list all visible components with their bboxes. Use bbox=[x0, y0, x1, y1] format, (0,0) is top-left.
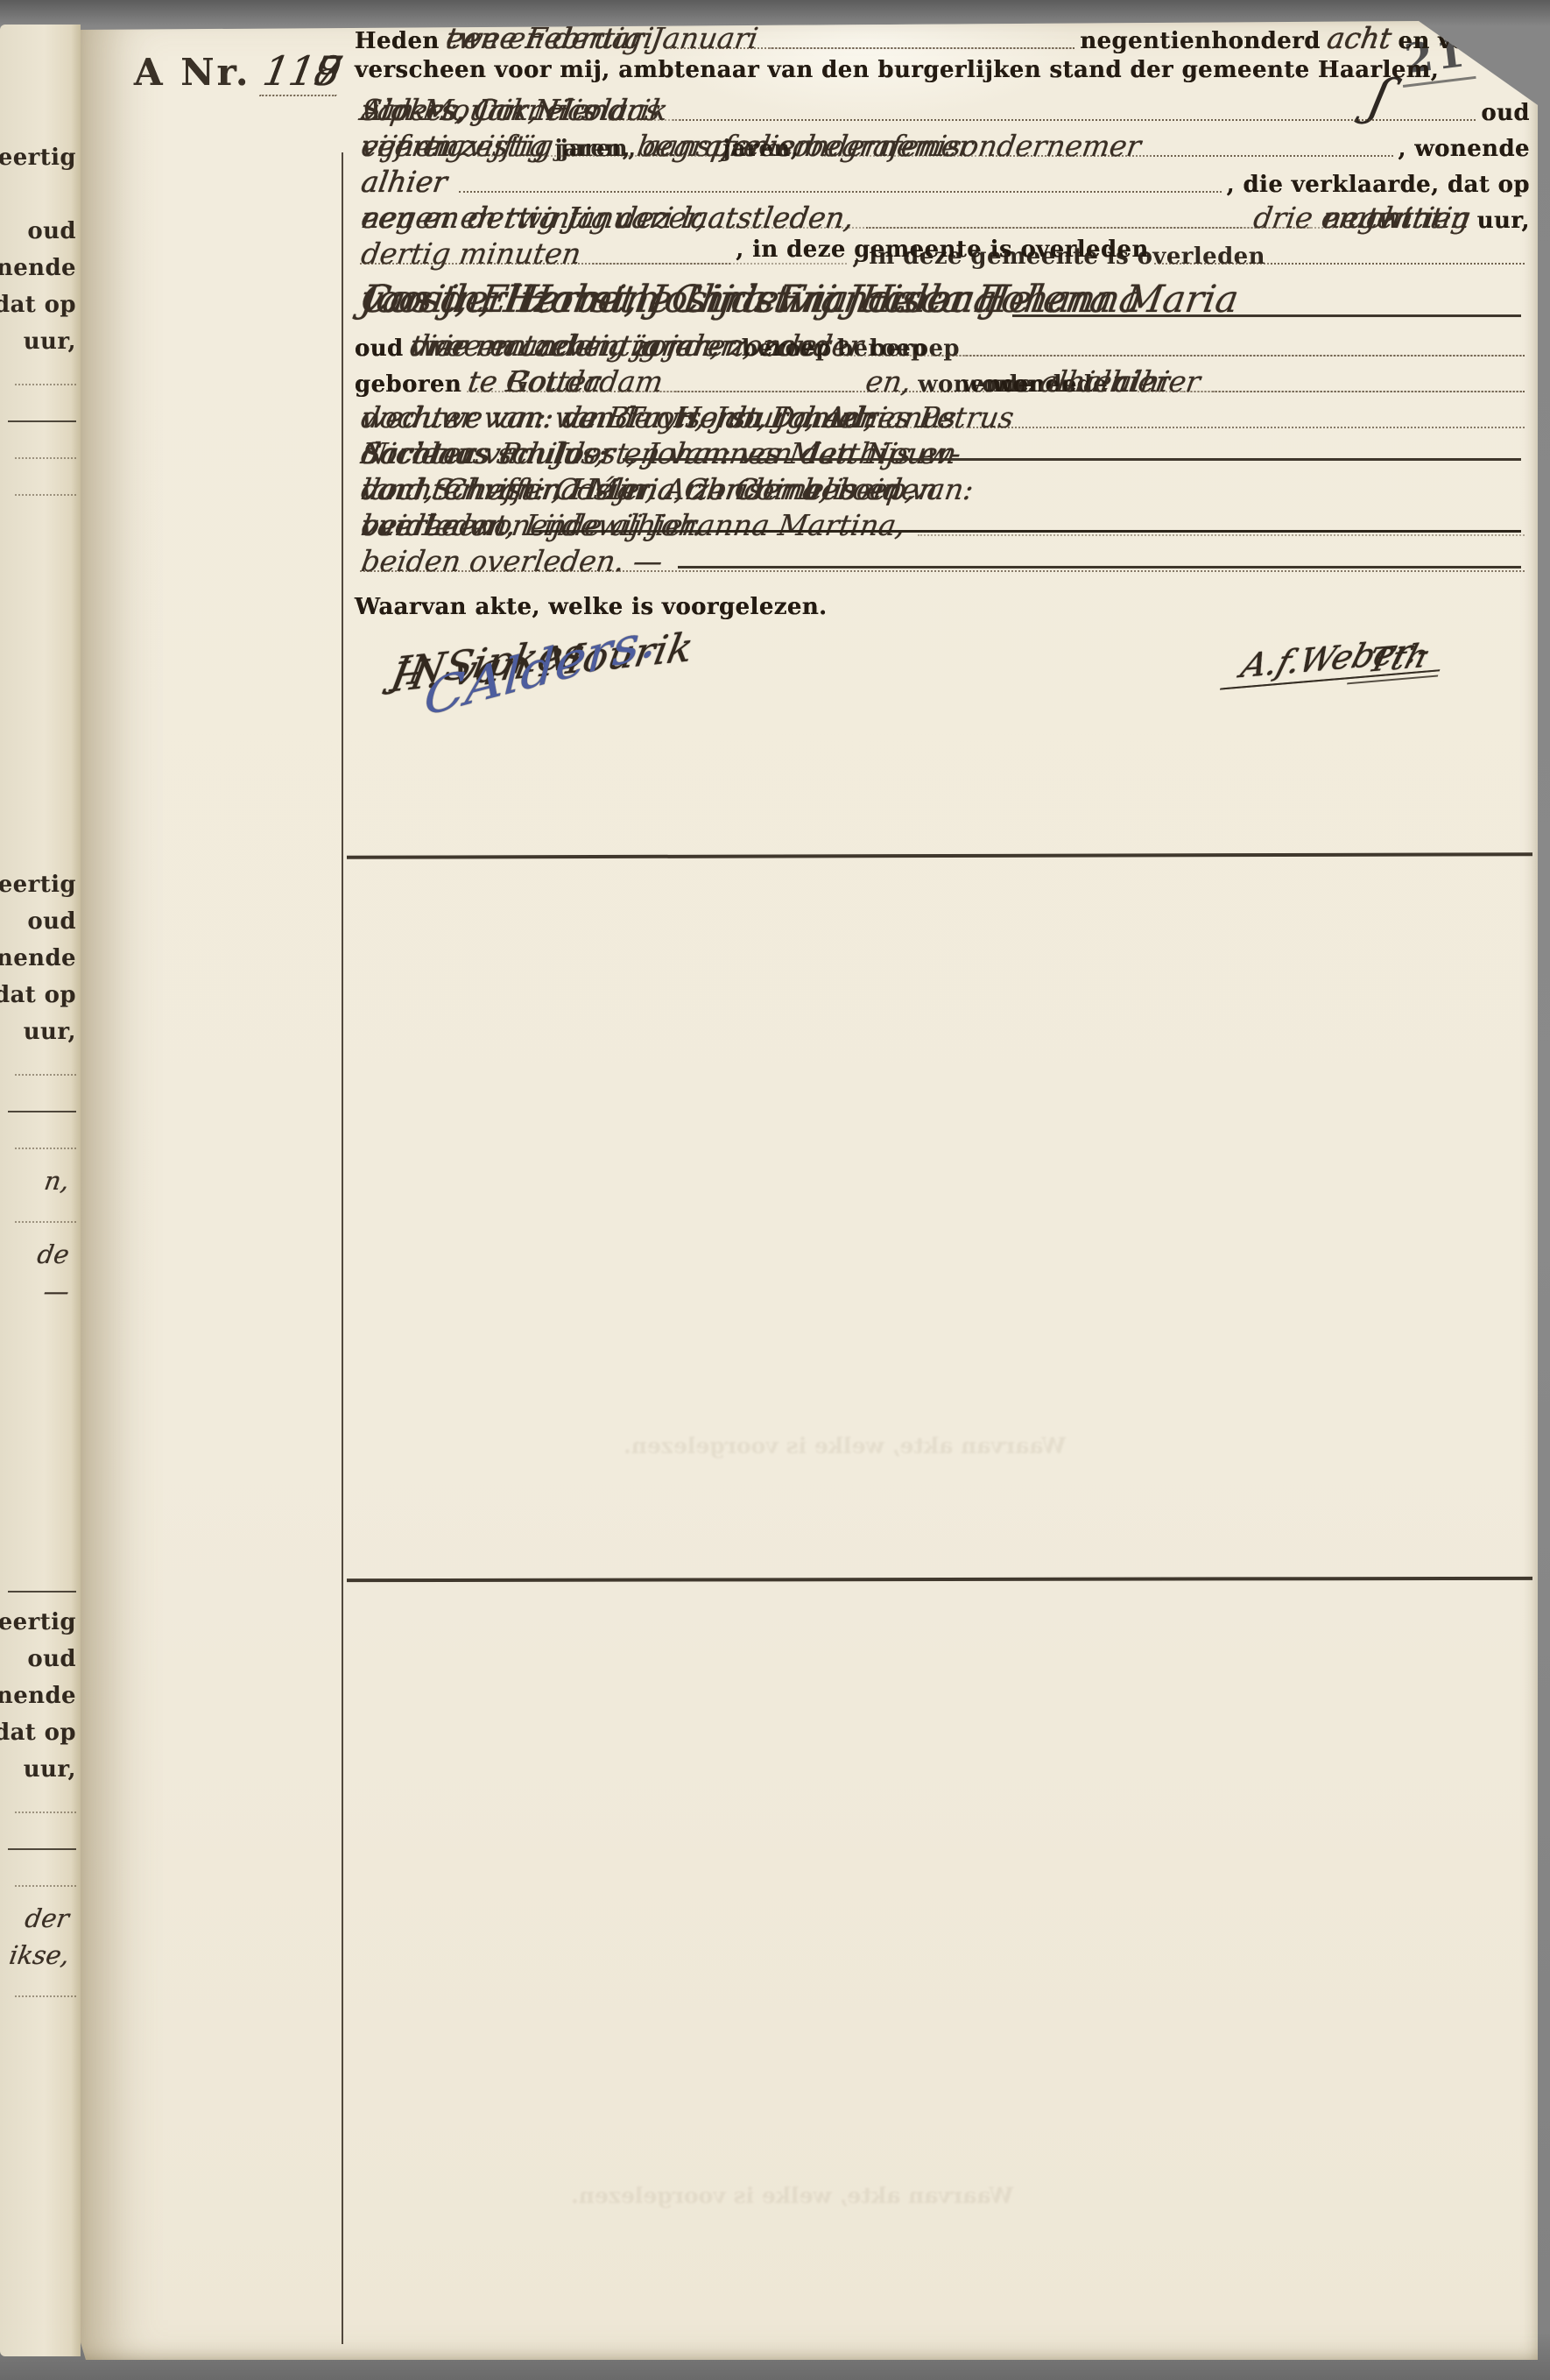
printed-form-text: , in deze gemeente is overleden bbox=[736, 237, 1149, 263]
dotted-leader bbox=[1153, 154, 1393, 157]
form-line: Hedentwee Februarinegentienhonderdachten… bbox=[355, 21, 1530, 57]
signature-row: CAlders.A.f.Weber.- bbox=[355, 630, 1530, 737]
dotted-leader bbox=[15, 456, 76, 459]
previous-page-line bbox=[0, 1056, 81, 1092]
ruled-line bbox=[8, 1590, 76, 1593]
previous-page-line bbox=[0, 1572, 81, 1609]
previous-page-fragment-block: veertigoudonendedat opuur,n,de— bbox=[0, 872, 81, 1313]
previous-page-line: uur, bbox=[0, 1019, 81, 1056]
handwritten-text: zonder bbox=[624, 328, 744, 363]
closing-formula: Waarvan akte, welke is voorgelezen. bbox=[355, 594, 1530, 630]
handwritten-text: een en dertig Januari laatstleden, bbox=[352, 201, 863, 235]
printed-form-text: , die verklaarde, dat op bbox=[1227, 172, 1530, 198]
printed-form-text: uur, bbox=[24, 1756, 76, 1783]
printed-form-text: oud bbox=[27, 1646, 76, 1672]
previous-page-line bbox=[0, 439, 81, 476]
previous-page-line: ikse, bbox=[0, 1940, 81, 1977]
registrar-signature: A.f.Weber.- bbox=[1219, 629, 1451, 689]
previous-page-line: uur, bbox=[0, 1756, 81, 1793]
printed-form-text: onende bbox=[0, 945, 76, 971]
printed-form-text: beroep bbox=[742, 335, 832, 362]
printed-form-text: Heden bbox=[355, 28, 440, 54]
previous-page-line bbox=[0, 181, 81, 218]
form-line: verscheen voor mij, ambtenaar van den bu… bbox=[355, 57, 1530, 93]
previous-page-fragment-block: eertigoudonendedat opuur, bbox=[0, 145, 81, 512]
previous-page-line: de bbox=[0, 1239, 81, 1276]
handwritten-text: der bbox=[17, 1903, 79, 1933]
handwritten-text: ikse, bbox=[0, 1940, 79, 1970]
handwritten-text: Nicolaas schilder en van: van den Nouw- bbox=[352, 436, 970, 470]
dotted-leader bbox=[360, 569, 1525, 572]
handwritten-text: — bbox=[34, 1276, 78, 1306]
dotted-leader bbox=[15, 493, 76, 496]
printed-form-text: wonende bbox=[918, 371, 1033, 398]
dotted-leader bbox=[15, 1995, 76, 1997]
dotted-leader bbox=[15, 1811, 76, 1813]
previous-page-line: oud bbox=[0, 218, 81, 255]
printed-form-text: uur, bbox=[1477, 208, 1530, 234]
printed-form-text: , wonende bbox=[1399, 136, 1531, 162]
ruled-line bbox=[8, 1110, 76, 1112]
stamp-side-text: gemeente bbox=[1516, 30, 1530, 77]
printed-form-text: negentienhonderd bbox=[1080, 28, 1321, 54]
previous-page-line: onende bbox=[0, 255, 81, 292]
form-line: geborenen,wonendealhier bbox=[355, 364, 1530, 400]
previous-page-line bbox=[0, 365, 81, 402]
form-line: oudvier maanden,zonderberoep bbox=[355, 328, 1530, 364]
act-number-value: 119 bbox=[259, 47, 345, 96]
handwritten-text: n, bbox=[35, 1166, 78, 1196]
previous-page-line: onende bbox=[0, 1683, 81, 1720]
form-line: veertigjaren,begrafenisondernemer, wonen… bbox=[355, 129, 1530, 165]
previous-page-line bbox=[0, 1867, 81, 1903]
ruled-line bbox=[8, 1847, 76, 1850]
form-line: land, Christina Maria, zonder beroep, bbox=[355, 472, 1530, 508]
previous-page-edge: eertigoudonendedat opuur, veertigoudonen… bbox=[0, 25, 81, 2356]
previous-page-line: veertig bbox=[0, 1609, 81, 1646]
previous-page-line: eertig bbox=[0, 145, 81, 181]
printed-form-text: oud bbox=[27, 908, 76, 935]
dotted-leader bbox=[666, 46, 1075, 49]
handwritten-text: twee Februari bbox=[437, 21, 663, 55]
printed-form-text: verscheen voor mij, ambtenaar van den bu… bbox=[355, 57, 1439, 83]
ink-ghost: Waarvan akte, welke is voorgelezen. bbox=[624, 1433, 1066, 1458]
printed-form-text: oud bbox=[355, 335, 404, 362]
printed-form-text: onende bbox=[0, 255, 76, 281]
form-line: van der Horst, Josina Francisca Helena M… bbox=[355, 278, 1530, 328]
entry-divider bbox=[347, 1577, 1532, 1582]
previous-page-line: uur, bbox=[0, 328, 81, 365]
printed-form-text: onende bbox=[0, 1683, 76, 1709]
act-number: A Nr.119 bbox=[134, 47, 349, 96]
previous-page-line: oud bbox=[0, 1646, 81, 1683]
handwritten-text: alhier bbox=[352, 165, 457, 199]
dotted-leader bbox=[467, 390, 854, 392]
previous-page-line: n, bbox=[0, 1166, 81, 1203]
previous-page-line bbox=[0, 1129, 81, 1166]
printed-form-text: dat op bbox=[0, 982, 76, 1008]
handwritten-text: beiden wonende alhier. bbox=[352, 508, 712, 542]
previous-page-line: — bbox=[0, 1276, 81, 1313]
ink-ghost: Waarvan akte, welke is voorgelezen. bbox=[571, 2183, 1013, 2208]
form-line: beiden wonende alhier. bbox=[355, 508, 1530, 544]
dotted-leader bbox=[477, 154, 717, 157]
handwritten-text: Alders, Cornelis bbox=[352, 93, 607, 127]
previous-page-fragment-block: veertigoudonendedat opuur,derikse, bbox=[0, 1572, 81, 2014]
dotted-leader bbox=[15, 1073, 76, 1076]
handwritten-text: vier maanden, bbox=[401, 328, 630, 363]
form-line: Alders, Cornelisoud bbox=[355, 93, 1530, 129]
previous-page-line bbox=[0, 1203, 81, 1239]
printed-form-text: dat op bbox=[0, 292, 76, 318]
handwritten-text: negentien bbox=[1314, 201, 1479, 235]
handwritten-text: van der Horst, Josina Francisca Helena M… bbox=[351, 278, 1249, 321]
dotted-leader bbox=[866, 226, 1312, 229]
death-record-entry-119: A Nr.119Hedentwee Februarinegentienhonde… bbox=[355, 21, 1530, 737]
act-number-label: A Nr. bbox=[134, 51, 251, 94]
printed-form-text: dat op bbox=[0, 1720, 76, 1746]
handwritten-text: begrafenisondernemer bbox=[796, 129, 1151, 163]
handwritten-text: alhier bbox=[1031, 364, 1136, 399]
handwritten-text: acht bbox=[1318, 21, 1401, 55]
previous-page-line bbox=[0, 1830, 81, 1867]
printed-form-text: veertig bbox=[0, 872, 76, 898]
dotted-leader bbox=[1138, 390, 1525, 392]
dotted-leader bbox=[15, 1220, 76, 1223]
entry-divider bbox=[347, 852, 1532, 859]
previous-page-line bbox=[0, 1793, 81, 1830]
previous-page-line: oud bbox=[0, 908, 81, 945]
handwritten-text: dochter van: van der Horst, Johannes Pet… bbox=[352, 400, 1024, 434]
previous-page-line bbox=[0, 1977, 81, 2014]
previous-page-line: veertig bbox=[0, 872, 81, 908]
dotted-leader bbox=[15, 1147, 76, 1149]
form-line: alhier, die verklaarde, dat op bbox=[355, 165, 1530, 201]
form-line: Nicolaas schilder en van: van den Nouw- bbox=[355, 436, 1530, 472]
previous-page-line: onende bbox=[0, 945, 81, 982]
previous-page-line bbox=[0, 402, 81, 439]
dotted-leader bbox=[360, 262, 730, 265]
ruled-line bbox=[8, 420, 76, 422]
handwritten-text: de bbox=[29, 1239, 79, 1269]
strike-line bbox=[718, 530, 1521, 533]
dotted-leader bbox=[15, 383, 76, 385]
printed-form-text: en veertig bbox=[1399, 28, 1530, 54]
dotted-leader bbox=[459, 190, 1221, 193]
printed-form-text: Waarvan akte, welke is voorgelezen. bbox=[355, 594, 828, 620]
form-line: , in deze gemeente is overleden bbox=[355, 237, 1530, 272]
printed-form-text: eertig bbox=[0, 145, 76, 171]
previous-page-line: dat op bbox=[0, 982, 81, 1019]
form-left-rule bbox=[342, 152, 343, 2344]
form-line: dochter van: van der Horst, Johannes Pet… bbox=[355, 400, 1530, 436]
previous-page-line bbox=[0, 476, 81, 512]
previous-page-line: dat op bbox=[0, 292, 81, 328]
printed-form-text: oud bbox=[27, 218, 76, 244]
register-page: 21 gemeente ʃ Waarvan akte, welke is voo… bbox=[81, 21, 1538, 2360]
document-scan: eertigoudonendedat opuur, veertigoudonen… bbox=[0, 0, 1550, 2380]
printed-form-text: uur, bbox=[24, 1019, 76, 1045]
printed-form-text: uur, bbox=[24, 328, 76, 355]
printed-form-text: geboren bbox=[355, 371, 461, 398]
printed-form-text: jaren, bbox=[722, 136, 799, 162]
dotted-leader bbox=[837, 354, 1525, 357]
form-line bbox=[355, 544, 1530, 580]
handwritten-text: veertig bbox=[352, 129, 476, 163]
handwritten-text: land, Christina Maria, zonder beroep, bbox=[352, 472, 925, 506]
handwritten-text: en, bbox=[856, 364, 920, 399]
previous-page-line bbox=[0, 1092, 81, 1129]
printed-form-text: oud bbox=[1481, 100, 1530, 126]
dotted-leader bbox=[15, 1884, 76, 1887]
dotted-leader bbox=[1154, 262, 1525, 265]
printed-form-text: veertig bbox=[0, 1609, 76, 1635]
previous-page-line: dat op bbox=[0, 1720, 81, 1756]
dotted-leader bbox=[609, 118, 1476, 121]
previous-page-line: der bbox=[0, 1903, 81, 1940]
form-line: een en dertig Januari laatstleden,negent… bbox=[355, 201, 1530, 237]
